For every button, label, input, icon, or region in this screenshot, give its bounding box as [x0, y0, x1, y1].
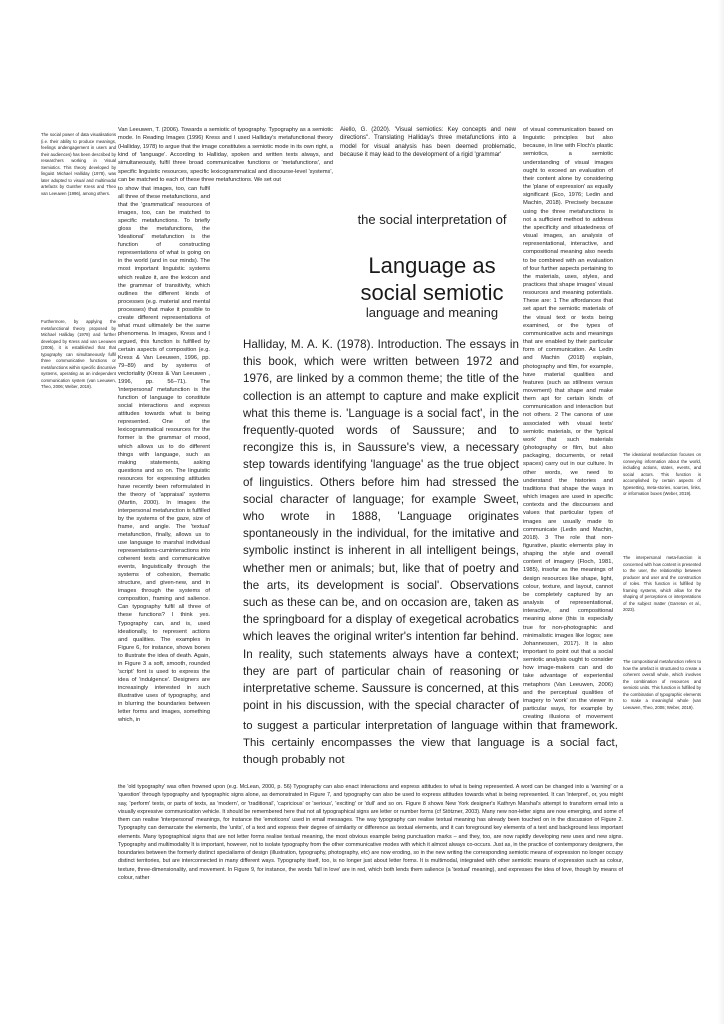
side-note-data-visualisation: The social power of data visualisations … [41, 132, 116, 197]
side-note-interpersonal: The interpersonal meta-function is conce… [623, 555, 701, 614]
van-leeuwen-intro: Van Leeuwen, T. (2006). Towards a semiot… [118, 126, 333, 184]
side-note-compositional: The compositional metafunction refers to… [623, 659, 701, 711]
page-subtitle: language and meaning [330, 305, 534, 320]
title-line-2: social semiotic [330, 279, 534, 306]
side-note-metafunctional-theory: Furthermore, by applying the metafunctio… [41, 319, 116, 391]
page-edge-shadow [718, 0, 724, 1024]
title-line-1: Language as [330, 252, 534, 279]
halliday-wide: to suggest a particular interpretation o… [243, 718, 618, 770]
van-leeuwen-column: to show that images, too, can fulfil all… [118, 185, 210, 725]
page-title: Language as social semiotic [330, 252, 534, 306]
aiello-intro: Aiello, G. (2020). 'Visual semiotics: Ke… [340, 126, 516, 160]
van-leeuwen-bottom: the 'old typography' was often frowned u… [118, 783, 623, 882]
side-note-ideational: The ideational metafunction focuses on c… [623, 452, 701, 498]
aiello-column: of visual communication based on linguis… [523, 126, 613, 721]
page-supertitle: the social interpretation of [330, 212, 534, 227]
halliday-column: Halliday, M. A. K. (1978). Introduction.… [243, 336, 519, 716]
